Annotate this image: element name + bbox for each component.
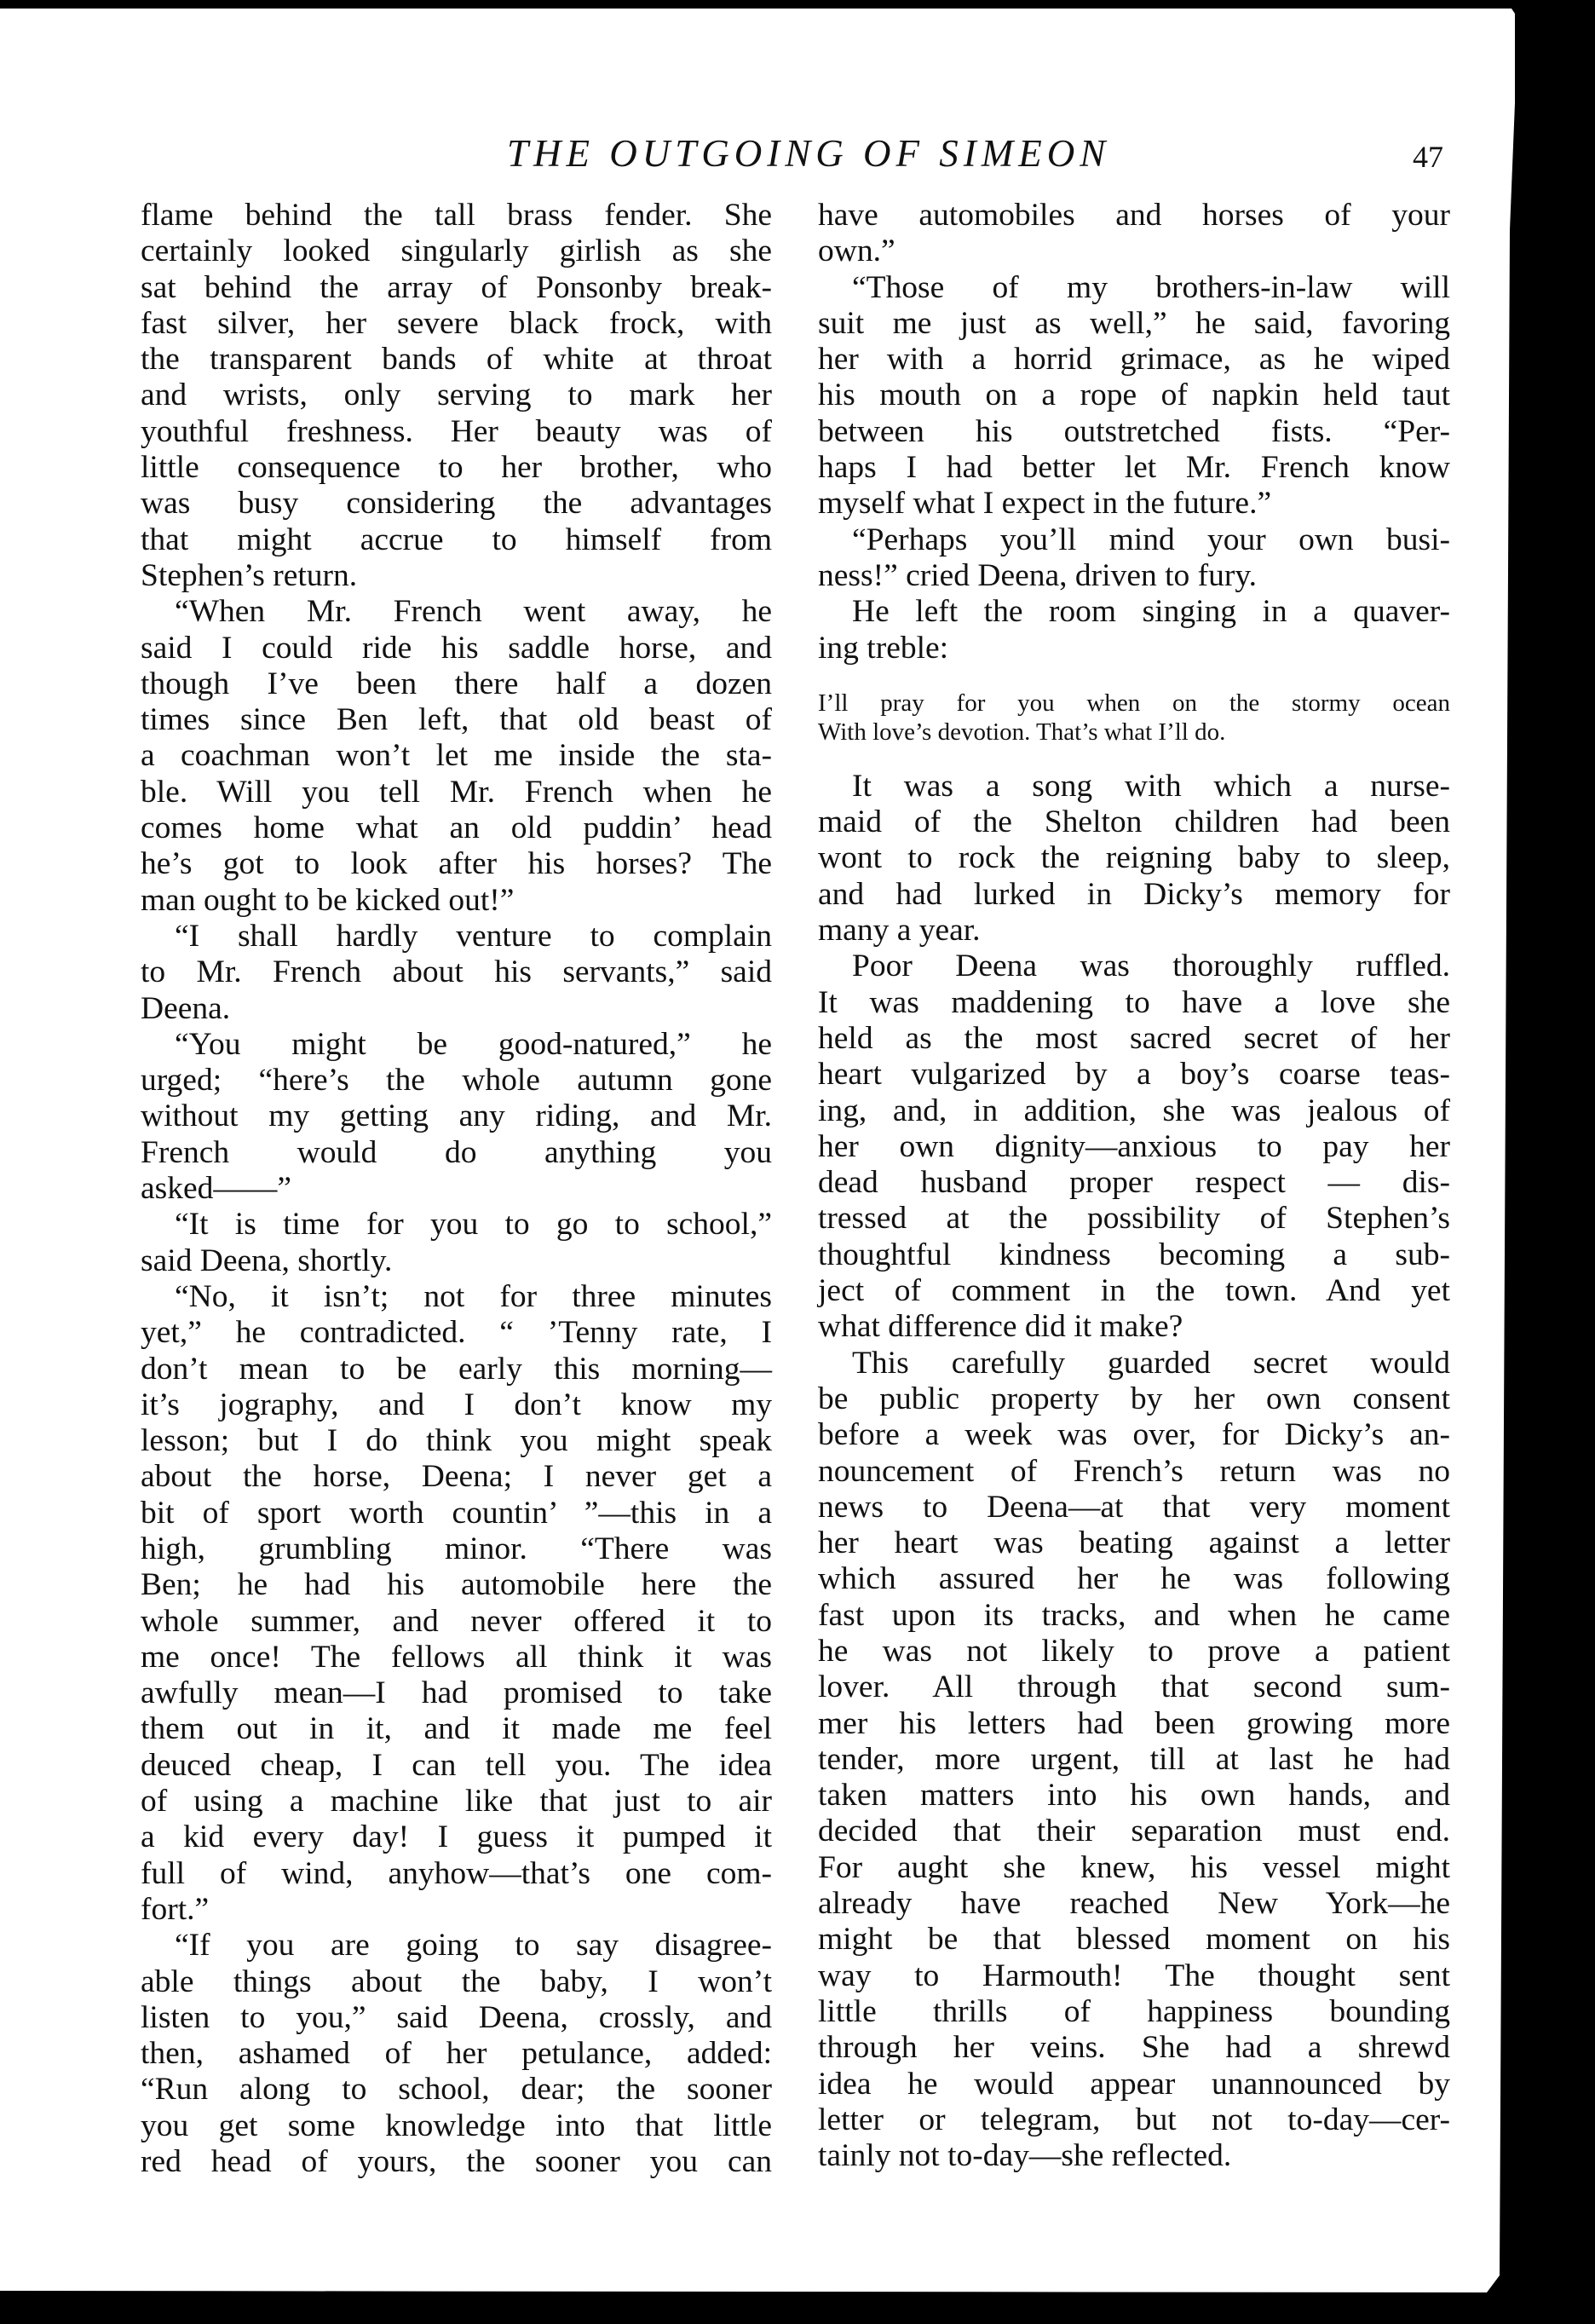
right-column-prose-before-verse: have automobiles and horses of yourown.”…: [818, 198, 1450, 666]
text-line: French would do anything you: [141, 1135, 772, 1171]
verse-spacer: [818, 666, 1450, 689]
text-line: then, ashamed of her petulance, added:: [141, 2036, 772, 2072]
text-line: sat behind the array of Ponsonby break-: [141, 270, 772, 306]
text-line: yet,” he contradicted. “ ’Tenny rate, I: [141, 1315, 772, 1351]
text-line: “Perhaps you’ll mind your own busi-: [818, 522, 1450, 558]
text-line: that might accrue to himself from: [141, 522, 772, 558]
text-line: maid of the Shelton children had been: [818, 804, 1450, 840]
text-line: youthful freshness. Her beauty was of: [141, 414, 772, 450]
text-line: myself what I expect in the future.”: [818, 486, 1450, 522]
text-line: This carefully guarded secret would: [818, 1346, 1450, 1381]
text-line: already have reached New York—he: [818, 1886, 1450, 1922]
text-line: bit of sport worth countin’ ”—this in a: [141, 1496, 772, 1531]
text-line: “No, it isn’t; not for three minutes: [141, 1279, 772, 1315]
text-line: wont to rock the reigning baby to sleep,: [818, 840, 1450, 876]
text-line: Poor Deena was thoroughly ruffled.: [818, 949, 1450, 984]
text-line: he’s got to look after his horses? The: [141, 846, 772, 882]
text-line: he was not likely to prove a patient: [818, 1634, 1450, 1669]
text-line: ness!” cried Deena, driven to fury.: [818, 558, 1450, 594]
text-line: her with a horrid grimace, as he wiped: [818, 342, 1450, 378]
text-line: “If you are going to say disagree-: [141, 1928, 772, 1964]
text-line: many a year.: [818, 913, 1450, 949]
text-line: Deena.: [141, 991, 772, 1027]
text-line: own.”: [818, 234, 1450, 269]
running-title: THE OUTGOING OF SIMEON: [507, 130, 1110, 177]
text-line: news to Deena—at that very moment: [818, 1490, 1450, 1525]
verse-line: With love’s devotion. That’s what I’ll d…: [818, 718, 1450, 747]
text-line: “Those of my brothers-in-law will: [818, 270, 1450, 306]
text-line: might be that blessed moment on his: [818, 1922, 1450, 1958]
text-line: which assured her he was following: [818, 1561, 1450, 1597]
text-line: It was maddening to have a love she: [818, 985, 1450, 1021]
text-line: a kid every day! I guess it pumped it: [141, 1819, 772, 1855]
text-line: idea he would appear unannounced by: [818, 2067, 1450, 2102]
text-line: “It is time for you to go to school,”: [141, 1207, 772, 1243]
text-line: Stephen’s return.: [141, 558, 772, 594]
text-line: little thrills of happiness bounding: [818, 1994, 1450, 2030]
text-line: little consequence to her brother, who: [141, 450, 772, 486]
text-line: Ben; he had his automobile here the: [141, 1567, 772, 1603]
text-line: times since Ben left, that old beast of: [141, 702, 772, 738]
text-line: certainly looked singularly girlish as s…: [141, 234, 772, 269]
text-line: a coachman won’t let me inside the sta-: [141, 738, 772, 774]
text-line: high, grumbling minor. “There was: [141, 1531, 772, 1567]
text-line: decided that their separation must end.: [818, 1814, 1450, 1849]
text-line: For aught she knew, his vessel might: [818, 1850, 1450, 1886]
text-line: said Deena, shortly.: [141, 1243, 772, 1279]
left-column: flame behind the tall brass fender. Shec…: [141, 198, 772, 2180]
text-line: her own dignity—anxious to pay her: [818, 1129, 1450, 1165]
text-line: to Mr. French about his servants,” said: [141, 954, 772, 990]
text-line: tressed at the possibility of Stephen’s: [818, 1201, 1450, 1237]
text-line: the transparent bands of white at throat: [141, 342, 772, 378]
text-line: man ought to be kicked out!”: [141, 883, 772, 919]
text-line: urged; “here’s the whole autumn gone: [141, 1063, 772, 1099]
text-line: ing treble:: [818, 631, 1450, 666]
text-line: me once! The fellows all think it was: [141, 1640, 772, 1675]
text-line: “Run along to school, dear; the sooner: [141, 2072, 772, 2108]
text-line: lover. All through that second sum-: [818, 1669, 1450, 1705]
text-line: said I could ride his saddle horse, and: [141, 631, 772, 666]
text-line: her heart was beating against a letter: [818, 1525, 1450, 1561]
right-column: have automobiles and horses of yourown.”…: [818, 198, 1450, 2174]
text-line: listen to you,” said Deena, crossly, and: [141, 2000, 772, 2036]
text-line: was busy considering the advantages: [141, 486, 772, 522]
text-line: taken matters into his own hands, and: [818, 1778, 1450, 1814]
right-column-prose-after-verse: It was a song with which a nurse-maid of…: [818, 769, 1450, 2175]
text-line: asked——”: [141, 1171, 772, 1207]
text-line: and had lurked in Dicky’s memory for: [818, 877, 1450, 913]
text-line: fast silver, her severe black frock, wit…: [141, 306, 772, 342]
text-line: ble. Will you tell Mr. French when he: [141, 775, 772, 810]
text-line: though I’ve been there half a dozen: [141, 666, 772, 702]
book-page: THE OUTGOING OF SIMEON 47 flame behind t…: [0, 9, 1515, 2292]
text-line: have automobiles and horses of your: [818, 198, 1450, 234]
verse-spacer: [818, 747, 1450, 769]
text-line: be public property by her own consent: [818, 1381, 1450, 1417]
text-line: awfully mean—I had promised to take: [141, 1675, 772, 1711]
song-verse: I’ll pray for you when on the stormy oce…: [818, 689, 1450, 747]
text-line: heart vulgarized by a boy’s coarse teas-: [818, 1057, 1450, 1093]
text-line: without my getting any riding, and Mr.: [141, 1099, 772, 1134]
text-line: able things about the baby, I won’t: [141, 1964, 772, 2000]
text-line: haps I had better let Mr. French know: [818, 450, 1450, 486]
text-line: He left the room singing in a quaver-: [818, 594, 1450, 630]
text-line: fast upon its tracks, and when he came: [818, 1598, 1450, 1634]
text-line: them out in it, and it made me feel: [141, 1711, 772, 1747]
text-line: fort.”: [141, 1892, 772, 1928]
text-line: flame behind the tall brass fender. She: [141, 198, 772, 234]
text-line: red head of yours, the sooner you can: [141, 2144, 772, 2180]
text-line: between his outstretched fists. “Per-: [818, 414, 1450, 450]
text-line: “You might be good-natured,” he: [141, 1027, 772, 1063]
text-line: whole summer, and never offered it to: [141, 1604, 772, 1640]
text-line: ing, and, in addition, she was jealous o…: [818, 1093, 1450, 1129]
text-line: of using a machine like that just to air: [141, 1784, 772, 1819]
text-line: don’t mean to be early this morning—: [141, 1352, 772, 1387]
text-line: nouncement of French’s return was no: [818, 1454, 1450, 1490]
text-line: and wrists, only serving to mark her: [141, 378, 772, 413]
page-number: 47: [1413, 133, 1443, 181]
text-line: thoughtful kindness becoming a sub-: [818, 1237, 1450, 1273]
text-line: tainly not to-day—she reflected.: [818, 2138, 1450, 2174]
text-line: through her veins. She had a shrewd: [818, 2030, 1450, 2066]
text-line: letter or telegram, but not to-day—cer-: [818, 2102, 1450, 2138]
text-line: suit me just as well,” he said, favoring: [818, 306, 1450, 342]
text-line: comes home what an old puddin’ head: [141, 810, 772, 846]
text-line: his mouth on a rope of napkin held taut: [818, 378, 1450, 413]
text-line: tender, more urgent, till at last he had: [818, 1742, 1450, 1778]
text-line: what difference did it make?: [818, 1309, 1450, 1345]
text-line: It was a song with which a nurse-: [818, 769, 1450, 804]
text-line: “I shall hardly venture to complain: [141, 919, 772, 954]
text-line: lesson; but I do think you might speak: [141, 1423, 772, 1459]
text-line: mer his letters had been growing more: [818, 1706, 1450, 1742]
text-line: you get some knowledge into that little: [141, 2108, 772, 2144]
text-line: it’s jography, and I don’t know my: [141, 1387, 772, 1423]
text-line: way to Harmouth! The thought sent: [818, 1958, 1450, 1994]
text-line: full of wind, anyhow—that’s one com-: [141, 1856, 772, 1892]
text-line: “When Mr. French went away, he: [141, 594, 772, 630]
text-line: about the horse, Deena; I never get a: [141, 1459, 772, 1495]
verse-line: I’ll pray for you when on the stormy oce…: [818, 689, 1450, 718]
text-line: held as the most sacred secret of her: [818, 1021, 1450, 1057]
text-line: before a week was over, for Dicky’s an-: [818, 1417, 1450, 1453]
text-line: ject of comment in the town. And yet: [818, 1273, 1450, 1309]
text-line: dead husband proper respect — dis-: [818, 1165, 1450, 1201]
text-line: deuced cheap, I can tell you. The idea: [141, 1748, 772, 1784]
